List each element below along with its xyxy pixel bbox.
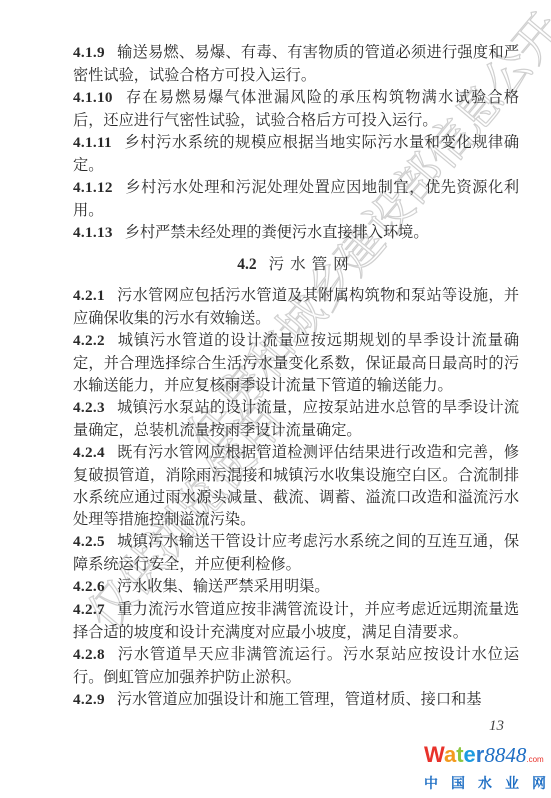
logo-digits: 8848: [484, 743, 526, 767]
clause-number: 4.2.5: [73, 533, 105, 550]
clause-number: 4.2.1: [73, 287, 105, 304]
logo-wordmark: Water8848.com: [424, 744, 549, 771]
clause-4-2-4: 4.2.4既有污水管网应根据管道检测评估结果进行改造和完善，修复破损管道，消除雨…: [73, 441, 519, 530]
page-number: 13: [489, 718, 504, 735]
clause-number: 4.1.13: [73, 224, 113, 241]
clause-text: 污水收集、输送严禁采用明渠。: [117, 577, 330, 595]
clause-text: 存在易燃易爆气体泄漏风险的承压构筑物满水试验合格后，还应进行气密性试验，试验合格…: [73, 88, 519, 129]
water8848-logo[interactable]: Water8848.com 中国水业网: [424, 744, 549, 793]
clause-4-2-1: 4.2.1污水管网应包括污水管道及其附属构筑物和泵站等设施，并应确保收集的污水有…: [73, 284, 519, 329]
clause-4-1-9: 4.1.9输送易燃、易爆、有毒、有害物质的管道必须进行强度和严密性试验，试验合格…: [73, 41, 519, 86]
clause-number: 4.1.11: [73, 134, 112, 151]
clause-text: 既有污水管网应根据管道检测评估结果进行改造和完善，修复破损管道，消除雨污混接和城…: [73, 443, 519, 528]
clause-4-1-10: 4.1.10存在易燃易爆气体泄漏风险的承压构筑物满水试验合格后，还应进行气密性试…: [73, 86, 519, 131]
page-content: 4.1.9输送易燃、易爆、有毒、有害物质的管道必须进行强度和严密性试验，试验合格…: [73, 41, 519, 711]
logo-com: .com: [526, 755, 543, 764]
clause-text: 城镇污水管道的设计流量应按远期规划的旱季设计流量确定，并合理选择综合生活污水量变…: [73, 331, 519, 394]
clause-4-2-7: 4.2.7重力流污水管道应按非满管流设计，并应考虑近远期流量选择合适的坡度和设计…: [73, 598, 519, 643]
clause-text: 污水管网应包括污水管道及其附属构筑物和泵站等设施，并应确保收集的污水有效输送。: [73, 286, 519, 327]
clause-number: 4.2.4: [73, 444, 105, 461]
logo-letter: a: [444, 742, 456, 767]
clause-text: 乡村污水系统的规模应根据当地实际污水量和变化规律确定。: [73, 133, 519, 174]
clause-number: 4.2.7: [73, 601, 105, 618]
clause-text: 乡村污水处理和污泥处理处置应因地制宜，优先资源化利用。: [73, 178, 519, 219]
logo-letter: t: [456, 742, 463, 767]
section-number: 4.2: [237, 256, 256, 273]
clause-text: 输送易燃、易爆、有毒、有害物质的管道必须进行强度和严密性试验，试验合格方可投入运…: [73, 43, 519, 84]
clause-4-1-11: 4.1.11乡村污水系统的规模应根据当地实际污水量和变化规律确定。: [73, 131, 519, 176]
clause-number: 4.1.12: [73, 179, 113, 196]
clause-4-2-2: 4.2.2城镇污水管道的设计流量应按远期规划的旱季设计流量确定，并合理选择综合生…: [73, 329, 519, 396]
clause-text: 污水管道旱天应非满管流运行。污水泵站应按设计水位运行。倒虹管应加强养护防止淤积。: [73, 645, 519, 686]
clause-number: 4.2.8: [73, 646, 105, 663]
document-page: 住房和城乡建设部信息公开 仅供浏览使用 4.1.9输送易燃、易爆、有毒、有害物质…: [0, 0, 551, 798]
clause-number: 4.2.3: [73, 399, 105, 416]
clause-text: 污水管道应加强设计和施工管理，管道材质、接口和基: [117, 690, 482, 708]
clause-number: 4.2.6: [73, 578, 105, 595]
clause-4-1-13: 4.1.13乡村严禁未经处理的粪便污水直接排入环境。: [73, 221, 519, 244]
clause-4-1-12: 4.1.12乡村污水处理和污泥处理处置应因地制宜，优先资源化利用。: [73, 176, 519, 221]
clause-text: 城镇污水输送干管设计应考虑污水系统之间的互连互通，保障系统运行安全，并应便利检修…: [73, 532, 519, 573]
logo-chinese-name: 中国水业网: [424, 773, 549, 793]
clause-text: 城镇污水泵站的设计流量，应按泵站进水总管的旱季设计流量确定，总装机流量按雨季设计…: [73, 398, 519, 439]
clause-number: 4.2.2: [73, 332, 105, 349]
clause-4-2-6: 4.2.6污水收集、输送严禁采用明渠。: [73, 575, 519, 598]
clause-4-2-9: 4.2.9污水管道应加强设计和施工管理，管道材质、接口和基: [73, 688, 519, 711]
section-title: 污水管网: [269, 255, 355, 273]
section-heading: 4.2污水管网: [73, 252, 519, 277]
clause-4-2-5: 4.2.5城镇污水输送干管设计应考虑污水系统之间的互连互通，保障系统运行安全，并…: [73, 530, 519, 575]
clause-text: 乡村严禁未经处理的粪便污水直接排入环境。: [125, 223, 429, 241]
clause-4-2-8: 4.2.8污水管道旱天应非满管流运行。污水泵站应按设计水位运行。倒虹管应加强养护…: [73, 643, 519, 688]
clause-text: 重力流污水管道应按非满管流设计，并应考虑近远期流量选择合适的坡度和设计充满度对应…: [73, 600, 519, 641]
clause-number: 4.1.10: [73, 89, 113, 106]
logo-letter: W: [424, 742, 444, 767]
clause-number: 4.1.9: [73, 44, 105, 61]
logo-letter: e: [464, 742, 476, 767]
clause-4-2-3: 4.2.3城镇污水泵站的设计流量，应按泵站进水总管的旱季设计流量确定，总装机流量…: [73, 396, 519, 441]
clause-number: 4.2.9: [73, 691, 105, 708]
